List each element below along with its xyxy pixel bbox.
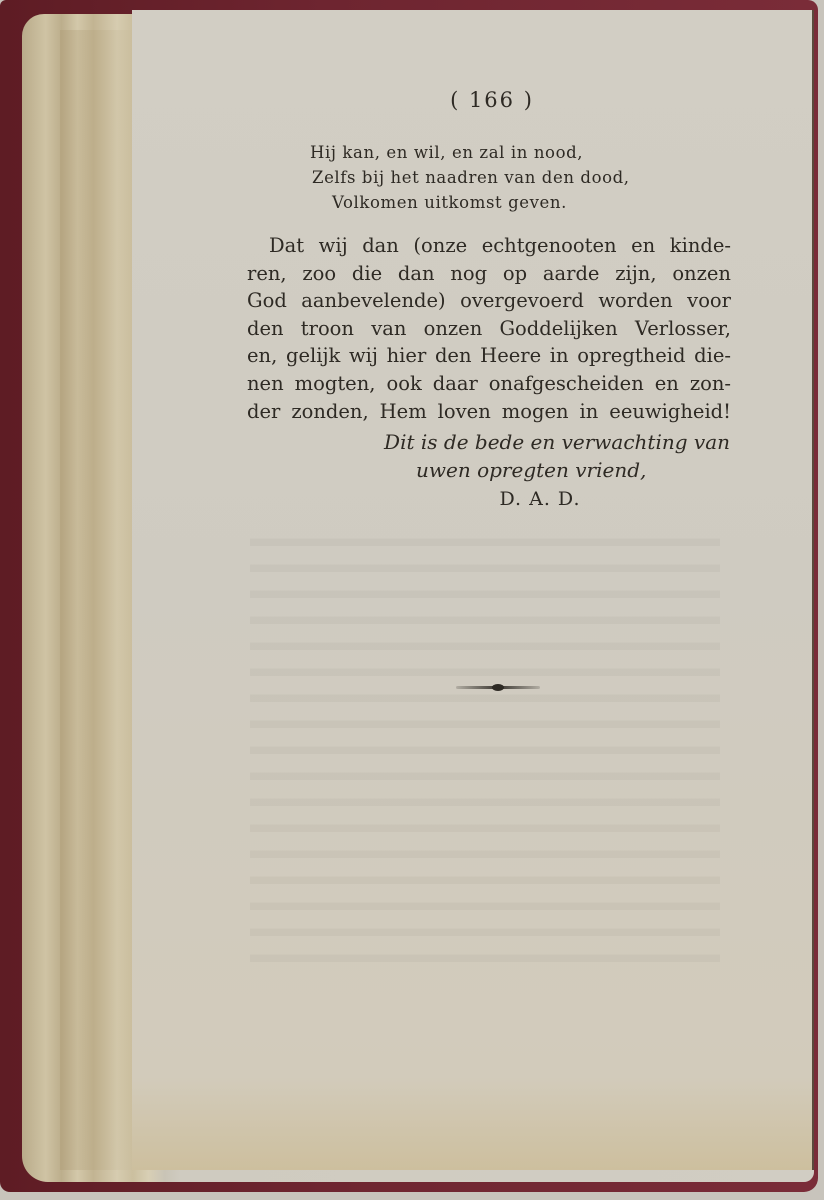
verse-stanza: Hij kan, en wil, en zal in nood, Zelfs b… xyxy=(310,140,630,215)
closing-salutation: Dit is de bede en verwachting van uwen o… xyxy=(350,428,730,484)
paragraph-line: nen mogten, ook daar onafgescheiden en z… xyxy=(247,370,731,398)
verse-line: Hij kan, en wil, en zal in nood, xyxy=(310,140,630,165)
closing-line: uwen opregten vriend, xyxy=(350,456,730,484)
body-paragraph: Dat wij dan (onze echtgenooten en kinde-… xyxy=(247,232,731,425)
verse-line: Volkomen uitkomst geven. xyxy=(310,190,630,215)
signature-initials: D. A. D. xyxy=(340,488,740,510)
paragraph-line: Dat wij dan (onze echtgenooten en kinde- xyxy=(247,232,731,260)
tail-piece-ornament-icon xyxy=(456,686,540,689)
bleed-through-text xyxy=(250,520,720,980)
paragraph-line: en, gelijk wij hier den Heere in opregth… xyxy=(247,342,731,370)
gutter-shadow xyxy=(60,30,140,1170)
closing-line: Dit is de bede en verwachting van xyxy=(350,428,730,456)
paragraph-line: der zonden, Hem loven mogen in eeuwighei… xyxy=(247,398,731,426)
page-number: ( 166 ) xyxy=(444,88,540,112)
paragraph-line: den troon van onzen Goddelijken Verlosse… xyxy=(247,315,731,343)
paragraph-line: God aanbevelende) overgevoerd worden voo… xyxy=(247,287,731,315)
paragraph-line: ren, zoo die dan nog op aarde zijn, onze… xyxy=(247,260,731,288)
verse-line: Zelfs bij het naadren van den dood, xyxy=(310,165,630,190)
